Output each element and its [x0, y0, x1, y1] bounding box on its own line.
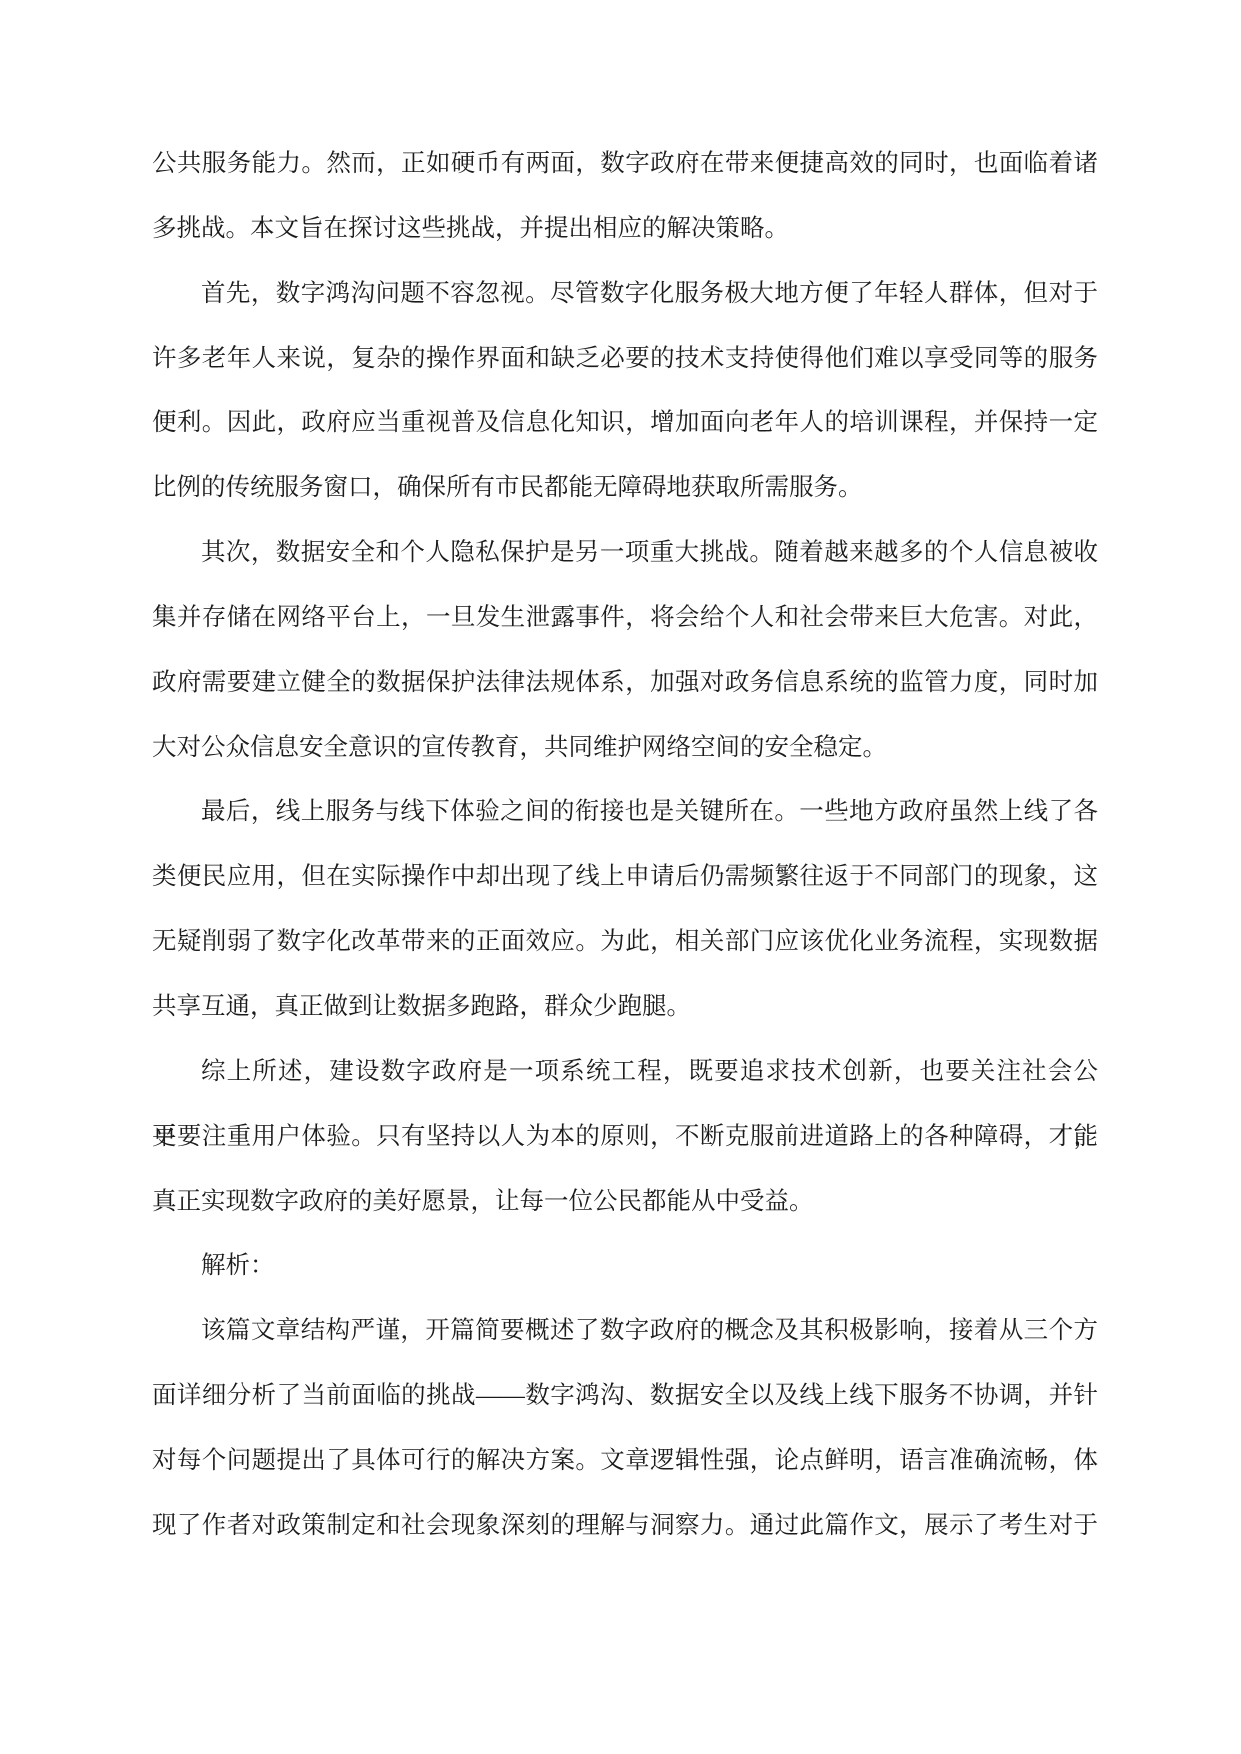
- analysis-heading: 解析：: [152, 1234, 1098, 1299]
- text-line: 更要注重用户体验。只有坚持以人为本的原则，不断克服前进道路上的各种障碍，才能: [152, 1105, 1098, 1170]
- text-line: 最后，线上服务与线下体验之间的衔接也是关键所在。一些地方政府虽然上线了各: [152, 780, 1098, 845]
- analysis-heading-label: 解析：: [152, 1234, 1098, 1299]
- paragraph-online-offline: 最后，线上服务与线下体验之间的衔接也是关键所在。一些地方政府虽然上线了各 类便民…: [152, 780, 1098, 1039]
- text-line: 类便民应用，但在实际操作中却出现了线上申请后仍需频繁往返于不同部门的现象，这: [152, 845, 1098, 910]
- document-text-block: 公共服务能力。然而，正如硬币有两面，数字政府在带来便捷高效的同时，也面临着诸 多…: [152, 132, 1098, 1559]
- text-line: 其次，数据安全和个人隐私保护是另一项重大挑战。随着越来越多的个人信息被收: [152, 521, 1098, 586]
- text-line: 便利。因此，政府应当重视普及信息化知识，增加面向老年人的培训课程，并保持一定: [152, 391, 1098, 456]
- text-line: 比例的传统服务窗口，确保所有市民都能无障碍地获取所需服务。: [152, 456, 1098, 521]
- text-line: 集并存储在网络平台上，一旦发生泄露事件，将会给个人和社会带来巨大危害。对此，: [152, 586, 1098, 651]
- text-line: 真正实现数字政府的美好愿景，让每一位公民都能从中受益。: [152, 1170, 1098, 1235]
- paragraph-intro-continuation: 公共服务能力。然而，正如硬币有两面，数字政府在带来便捷高效的同时，也面临着诸 多…: [152, 132, 1098, 262]
- paragraph-digital-divide: 首先，数字鸿沟问题不容忽视。尽管数字化服务极大地方便了年轻人群体，但对于 许多老…: [152, 262, 1098, 521]
- text-line: 首先，数字鸿沟问题不容忽视。尽管数字化服务极大地方便了年轻人群体，但对于: [152, 262, 1098, 327]
- text-line: 政府需要建立健全的数据保护法律法规体系，加强对政务信息系统的监管力度，同时加: [152, 651, 1098, 716]
- document-page: 公共服务能力。然而，正如硬币有两面，数字政府在带来便捷高效的同时，也面临着诸 多…: [0, 0, 1241, 1754]
- text-line: 面详细分析了当前面临的挑战——数字鸿沟、数据安全以及线上线下服务不协调，并针: [152, 1364, 1098, 1429]
- text-line: 现了作者对政策制定和社会现象深刻的理解与洞察力。通过此篇作文，展示了考生对于: [152, 1494, 1098, 1559]
- paragraph-data-security: 其次，数据安全和个人隐私保护是另一项重大挑战。随着越来越多的个人信息被收 集并存…: [152, 521, 1098, 780]
- text-line: 该篇文章结构严谨，开篇简要概述了数字政府的概念及其积极影响，接着从三个方: [152, 1299, 1098, 1364]
- text-line: 许多老年人来说，复杂的操作界面和缺乏必要的技术支持使得他们难以享受同等的服务: [152, 327, 1098, 392]
- text-line: 大对公众信息安全意识的宣传教育，共同维护网络空间的安全稳定。: [152, 716, 1098, 781]
- text-line: 多挑战。本文旨在探讨这些挑战，并提出相应的解决策略。: [152, 197, 1098, 262]
- text-line: 综上所述，建设数字政府是一项系统工程，既要追求技术创新，也要关注社会公平，: [152, 1040, 1098, 1105]
- paragraph-conclusion: 综上所述，建设数字政府是一项系统工程，既要追求技术创新，也要关注社会公平， 更要…: [152, 1040, 1098, 1235]
- text-line: 共享互通，真正做到让数据多跑路，群众少跑腿。: [152, 975, 1098, 1040]
- text-line: 无疑削弱了数字化改革带来的正面效应。为此，相关部门应该优化业务流程，实现数据: [152, 910, 1098, 975]
- paragraph-analysis: 该篇文章结构严谨，开篇简要概述了数字政府的概念及其积极影响，接着从三个方 面详细…: [152, 1299, 1098, 1558]
- text-line: 公共服务能力。然而，正如硬币有两面，数字政府在带来便捷高效的同时，也面临着诸: [152, 132, 1098, 197]
- text-line: 对每个问题提出了具体可行的解决方案。文章逻辑性强，论点鲜明，语言准确流畅，体: [152, 1429, 1098, 1494]
